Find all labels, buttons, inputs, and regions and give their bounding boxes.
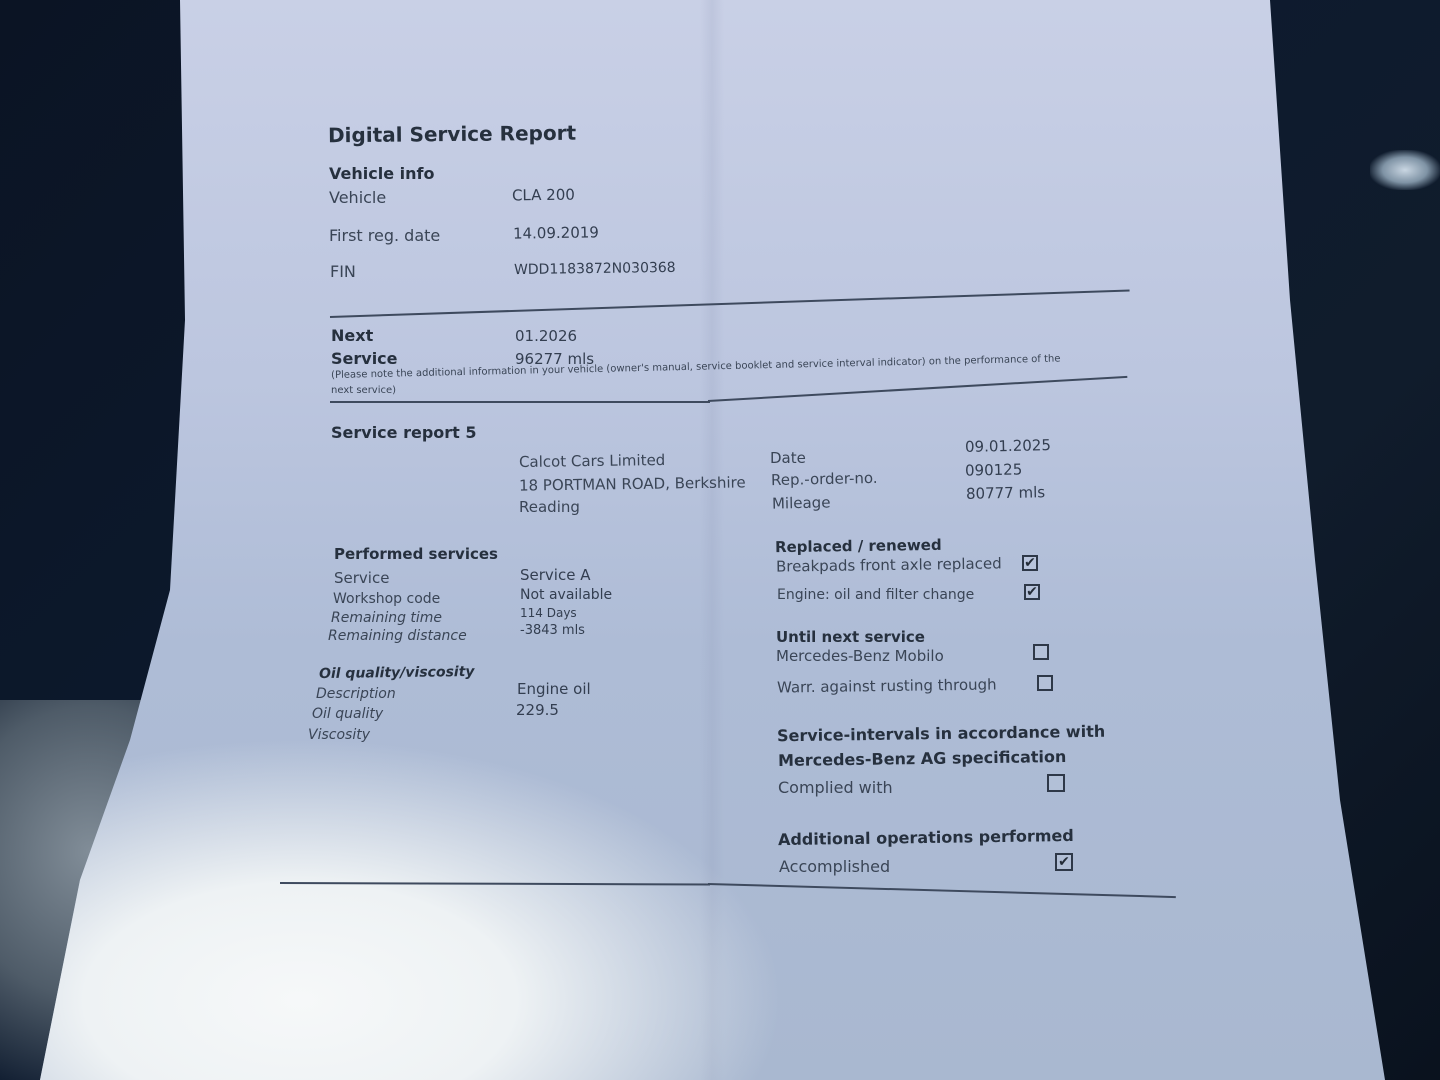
divider-line [708, 376, 1127, 402]
service-report-document: Digital Service Report Vehicle info Vehi… [0, 0, 1440, 1080]
report-date-label: Date [770, 449, 806, 467]
rep-order-no-value: 090125 [965, 460, 1023, 479]
workshop-code-label: Workshop code [333, 591, 440, 607]
oil-description-value: Engine oil [517, 680, 591, 698]
checkmark-icon: ✔ [1058, 855, 1070, 869]
service-value: Service A [520, 566, 590, 584]
fin-label: FIN [330, 262, 356, 281]
complied-with-label: Complied with [778, 778, 893, 797]
service-intervals-heading-line2: Mercedes-Benz AG specification [778, 747, 1067, 770]
oil-quality-value: 229.5 [516, 701, 559, 719]
remaining-distance-value: -3843 mls [520, 623, 585, 638]
next-service-label-line1: Next [331, 326, 373, 345]
vehicle-label: Vehicle [329, 188, 386, 207]
until-next-service-item-label: Mercedes-Benz Mobilo [776, 647, 944, 665]
service-label: Service [334, 569, 389, 587]
next-service-date: 01.2026 [515, 327, 577, 345]
first-reg-date-value: 14.09.2019 [513, 223, 599, 242]
divider-line [330, 289, 1130, 318]
remaining-time-value: 114 Days [520, 606, 577, 620]
until-next-service-item-label: Warr. against rusting through [777, 675, 997, 696]
accomplished-checkbox[interactable]: ✔ [1055, 853, 1073, 871]
rust-warranty-checkbox[interactable] [1037, 675, 1053, 691]
oil-description-label: Description [316, 686, 396, 702]
vehicle-value: CLA 200 [512, 186, 575, 205]
bottom-rule [280, 882, 710, 886]
fin-value: WDD1183872N030368 [514, 260, 676, 278]
additional-operations-heading: Additional operations performed [778, 826, 1074, 849]
mobilo-checkbox[interactable] [1033, 644, 1049, 660]
oil-quality-label: Oil quality [312, 706, 383, 722]
next-service-note-line2: next service) [331, 385, 396, 396]
performed-services-heading: Performed services [334, 545, 498, 563]
service-report-heading: Service report 5 [331, 423, 477, 442]
oil-filter-change-checkbox[interactable]: ✔ [1024, 584, 1040, 600]
breakpads-checkbox[interactable]: ✔ [1022, 555, 1038, 571]
remaining-distance-label: Remaining distance [328, 628, 467, 644]
dealer-address: 18 PORTMAN ROAD, Berkshire [519, 473, 746, 494]
service-intervals-heading-line1: Service-intervals in accordance with [777, 722, 1105, 746]
vehicle-info-heading: Vehicle info [329, 164, 434, 183]
workshop-code-value: Not available [520, 587, 612, 603]
mileage-value: 80777 mls [966, 483, 1045, 503]
accomplished-label: Accomplished [779, 857, 890, 876]
replaced-item-label: Engine: oil and filter change [777, 587, 974, 603]
first-reg-date-label: First reg. date [329, 226, 440, 245]
document-title: Digital Service Report [328, 121, 576, 148]
checkmark-icon: ✔ [1024, 556, 1036, 570]
next-service-label-line2: Service [331, 349, 398, 368]
next-service-note-line1: (Please note the additional information … [331, 353, 1061, 381]
dealer-city: Reading [519, 498, 580, 516]
complied-with-checkbox[interactable] [1047, 774, 1065, 792]
oil-heading: Oil quality/viscosity [319, 664, 475, 682]
viscosity-label: Viscosity [308, 727, 370, 743]
replaced-renewed-heading: Replaced / renewed [775, 536, 942, 556]
remaining-time-label: Remaining time [331, 610, 442, 626]
mileage-label: Mileage [772, 493, 831, 512]
until-next-service-heading: Until next service [776, 628, 925, 646]
divider-line [330, 401, 710, 403]
rep-order-no-label: Rep.-order-no. [771, 469, 878, 489]
report-date-value: 09.01.2025 [965, 436, 1051, 456]
checkmark-icon: ✔ [1026, 585, 1038, 599]
bottom-rule [708, 883, 1176, 898]
replaced-item-label: Breakpads front axle replaced [776, 554, 1002, 575]
dealer-name: Calcot Cars Limited [519, 451, 666, 471]
